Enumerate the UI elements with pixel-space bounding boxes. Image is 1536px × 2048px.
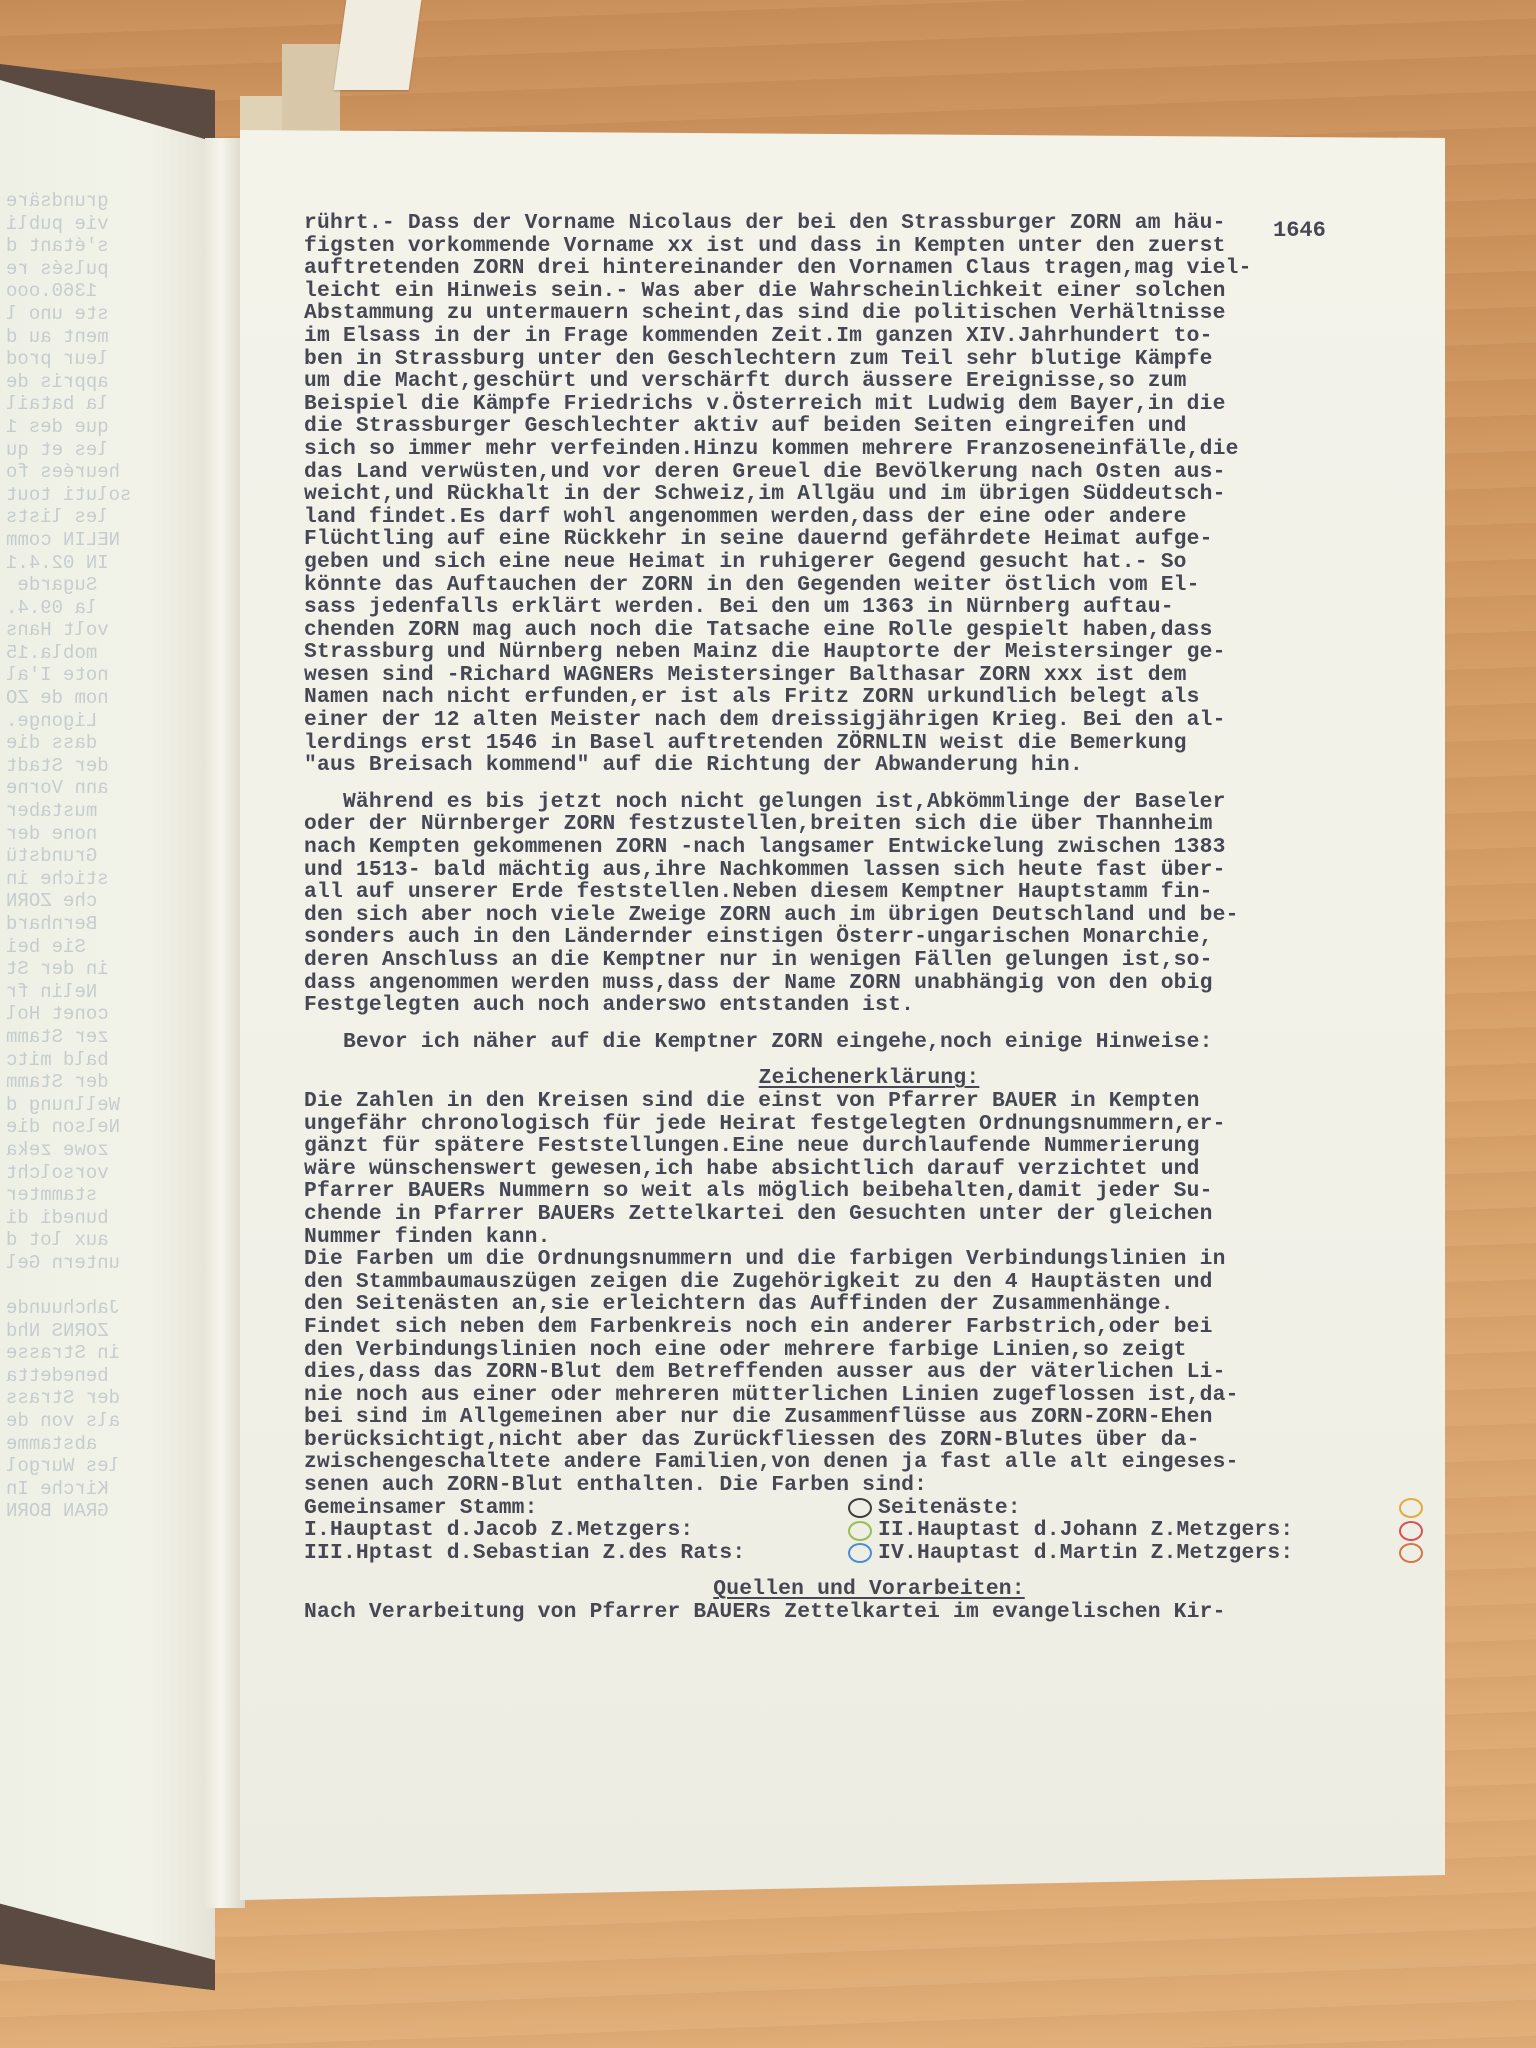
color-circle-icon — [848, 1543, 872, 1563]
text-line: bei sind im Allgemeinen aber nur die Zus… — [304, 1406, 1434, 1429]
paper-tab — [282, 44, 340, 132]
paper-tab — [334, 0, 422, 90]
text-line: weicht,und Rückhalt in der Schweiz,im Al… — [304, 483, 1434, 506]
text-line: die Strassburger Geschlechter aktiv auf … — [304, 415, 1434, 438]
text-line: Findet sich neben dem Farbenkreis noch e… — [304, 1316, 1434, 1339]
text-line: senen auch ZORN-Blut enthalten. Die Farb… — [304, 1474, 1434, 1497]
paragraph-4: Die Farben um die Ordnungsnummern und di… — [304, 1248, 1434, 1497]
color-circle-icon — [1399, 1498, 1423, 1518]
text-line: und 1513- bald mächtig aus,ihre Nachkomm… — [304, 859, 1434, 882]
text-line: den Seitenästen an,sie erleichtern das A… — [304, 1293, 1434, 1316]
text-line: chende in Pfarrer BAUERs Zettelkartei de… — [304, 1203, 1434, 1226]
text-line: Namen nach nicht erfunden,er ist als Fri… — [304, 686, 1434, 709]
legend-row: Gemeinsamer Stamm:Seitenäste: — [304, 1497, 1434, 1520]
legend-label: IV.Hauptast d.Martin Z.Metzgers: — [878, 1542, 1393, 1565]
legend-label: I.Hauptast d.Jacob Z.Metzgers: — [304, 1519, 842, 1542]
text-line: ben in Strassburg unter den Geschlechter… — [304, 348, 1434, 371]
legend-label: III.Hptast d.Sebastian Z.des Rats: — [304, 1542, 842, 1565]
paragraph-2: Während es bis jetzt noch nicht gelungen… — [304, 791, 1434, 1017]
text-line: chenden ZORN mag auch noch die Tatsache … — [304, 619, 1434, 642]
text-line: wäre wünschenswert gewesen,ich habe absi… — [304, 1158, 1434, 1181]
text-line: Strassburg und Nürnberg neben Mainz die … — [304, 641, 1434, 664]
text-line: sonders auch in den Ländernder einstigen… — [304, 926, 1434, 949]
text-line: "aus Breisach kommend" auf die Richtung … — [304, 754, 1434, 777]
text-line: Die Farben um die Ordnungsnummern und di… — [304, 1248, 1434, 1271]
text-line: könnte das Auftauchen der ZORN in den Ge… — [304, 574, 1434, 597]
text-line: deren Anschluss an die Kemptner nur in w… — [304, 949, 1434, 972]
typewritten-text: rührt.- Dass der Vorname Nicolaus der be… — [304, 212, 1434, 1624]
heading-legend: Zeichenerklärung: — [304, 1067, 1434, 1090]
text-line: dies,dass das ZORN-Blut dem Betreffenden… — [304, 1361, 1434, 1384]
text-line: wesen sind -Richard WAGNERs Meistersinge… — [304, 664, 1434, 687]
text-line: all auf unserer Erde feststellen.Neben d… — [304, 881, 1434, 904]
color-circle-icon — [848, 1498, 872, 1518]
text-line: ungefähr chronologisch für jede Heirat f… — [304, 1113, 1434, 1136]
legend-label: II.Hauptast d.Johann Z.Metzgers: — [878, 1519, 1393, 1542]
text-line: Flüchtling auf eine Rückkehr in seine da… — [304, 528, 1434, 551]
text-line: Festgelegten auch noch anderswo entstand… — [304, 994, 1434, 1017]
text-line: dass angenommen werden muss,dass der Nam… — [304, 972, 1434, 995]
book-spine — [205, 138, 245, 1908]
text-line: den Verbindungslinien noch eine oder meh… — [304, 1339, 1434, 1362]
text-line: gänzt für spätere Feststellungen.Eine ne… — [304, 1135, 1434, 1158]
text-line: land findet.Es darf wohl angenommen werd… — [304, 506, 1434, 529]
intro-line: Bevor ich näher auf die Kemptner ZORN ei… — [304, 1031, 1434, 1054]
text-line: Während es bis jetzt noch nicht gelungen… — [304, 791, 1434, 814]
facing-page-text: grundsäre vie publi s'étant d pulsés re … — [6, 190, 176, 1523]
color-circle-icon — [1399, 1521, 1423, 1541]
paper-tab — [240, 96, 285, 136]
text-line: Pfarrer BAUERs Nummern so weit als mögli… — [304, 1180, 1434, 1203]
text-line: oder der Nürnberger ZORN festzustellen,b… — [304, 813, 1434, 836]
text-line: zwischengeschaltete andere Familien,von … — [304, 1451, 1434, 1474]
text-line: im Elsass in der in Frage kommenden Zeit… — [304, 325, 1434, 348]
text-line: berücksichtigt,nicht aber das Zurückflie… — [304, 1429, 1434, 1452]
text-line: um die Macht,geschürt und verschärft dur… — [304, 370, 1434, 393]
color-circle-icon — [848, 1521, 872, 1541]
text-line: Abstammung zu untermauern scheint,das si… — [304, 302, 1434, 325]
text-line: auftretenden ZORN drei hintereinander de… — [304, 257, 1434, 280]
text-line: sich so immer mehr verfeinden.Hinzu komm… — [304, 438, 1434, 461]
paragraph-3: Die Zahlen in den Kreisen sind die einst… — [304, 1090, 1434, 1248]
legend-label: Seitenäste: — [878, 1497, 1393, 1520]
text-line: sass jedenfalls erklärt werden. Bei den … — [304, 596, 1434, 619]
text-line: geben und sich eine neue Heimat in ruhig… — [304, 551, 1434, 574]
color-circle-icon — [1399, 1543, 1423, 1563]
text-line: den sich aber noch viele Zweige ZORN auc… — [304, 904, 1434, 927]
legend-row: I.Hauptast d.Jacob Z.Metzgers:II.Hauptas… — [304, 1519, 1434, 1542]
heading-sources: Quellen und Vorarbeiten: — [304, 1578, 1434, 1601]
text-line: figsten vorkommende Vorname xx ist und d… — [304, 235, 1434, 258]
text-line: den Stammbaumauszügen zeigen die Zugehör… — [304, 1271, 1434, 1294]
paragraph-1: rührt.- Dass der Vorname Nicolaus der be… — [304, 212, 1434, 777]
text-line: Nummer finden kann. — [304, 1226, 1434, 1249]
last-line: Nach Verarbeitung von Pfarrer BAUERs Zet… — [304, 1601, 1434, 1624]
text-line: nie noch aus einer oder mehreren mütterl… — [304, 1384, 1434, 1407]
text-line: lerdings erst 1546 in Basel auftretenden… — [304, 732, 1434, 755]
text-line: einer der 12 alten Meister nach dem drei… — [304, 709, 1434, 732]
text-line: rührt.- Dass der Vorname Nicolaus der be… — [304, 212, 1434, 235]
legend-label: Gemeinsamer Stamm: — [304, 1497, 842, 1520]
text-line: das Land verwüsten,und vor deren Greuel … — [304, 461, 1434, 484]
text-line: Die Zahlen in den Kreisen sind die einst… — [304, 1090, 1434, 1113]
text-line: Beispiel die Kämpfe Friedrichs v.Österre… — [304, 393, 1434, 416]
text-line: nach Kempten gekommenen ZORN -nach langs… — [304, 836, 1434, 859]
color-legend: Gemeinsamer Stamm:Seitenäste:I.Hauptast … — [304, 1497, 1434, 1565]
text-line: leicht ein Hinweis sein.- Was aber die W… — [304, 280, 1434, 303]
legend-row: III.Hptast d.Sebastian Z.des Rats:IV.Hau… — [304, 1542, 1434, 1565]
